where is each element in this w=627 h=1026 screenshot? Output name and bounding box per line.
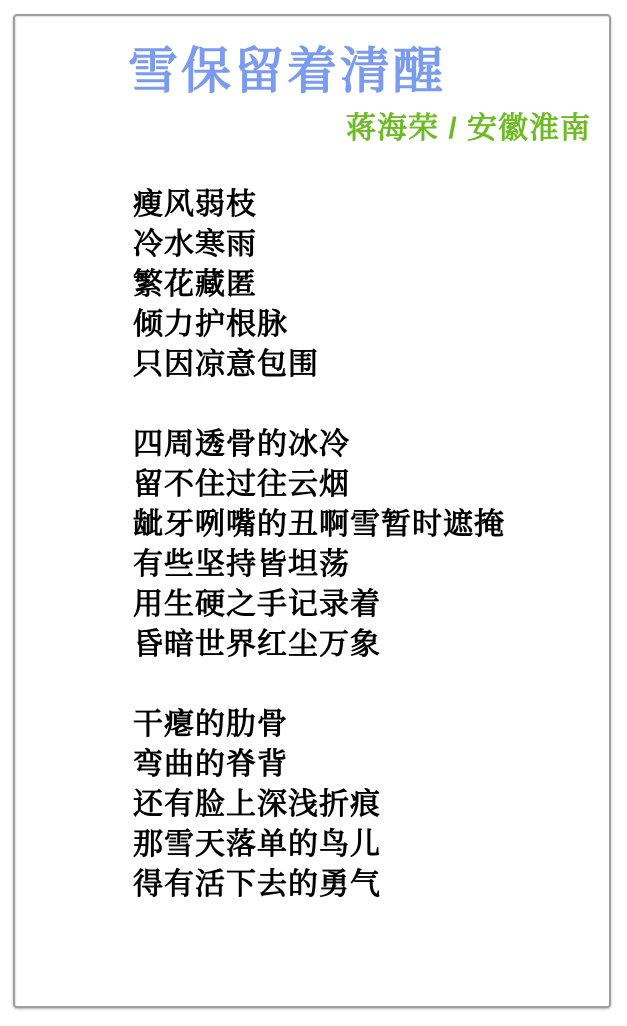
- stanza-2: 四周透骨的冰冷 留不住过往云烟 龇牙咧嘴的丑啊雪暂时遮掩 有些坚持皆坦荡 用生硬…: [133, 425, 505, 665]
- poem-line: 留不住过往云烟: [133, 465, 505, 505]
- poem-line: 弯曲的脊背: [133, 745, 505, 785]
- poem-line: 只因凉意包围: [133, 345, 505, 385]
- poem-page-frame: 雪保留着清醒 蒋海荣 / 安徽淮南 瘦风弱枝 冷水寒雨 繁花藏匿 倾力护根脉 只…: [13, 14, 611, 1008]
- poem-line: 干瘪的肋骨: [133, 705, 505, 745]
- poem-byline: 蒋海荣 / 安徽淮南: [346, 114, 591, 144]
- poem-line: 倾力护根脉: [133, 305, 505, 345]
- poem-line: 昏暗世界红尘万象: [133, 625, 505, 665]
- poem-line: 瘦风弱枝: [133, 185, 505, 225]
- poem-line: 那雪天落单的鸟儿: [133, 825, 505, 865]
- poem-line: 冷水寒雨: [133, 225, 505, 265]
- poem-line: 得有活下去的勇气: [133, 865, 505, 905]
- poem-line: 用生硬之手记录着: [133, 585, 505, 625]
- poem-line: 还有脸上深浅折痕: [133, 785, 505, 825]
- poem-line: 繁花藏匿: [133, 265, 505, 305]
- stanza-1: 瘦风弱枝 冷水寒雨 繁花藏匿 倾力护根脉 只因凉意包围: [133, 185, 505, 385]
- poem-title: 雪保留着清醒: [128, 46, 446, 96]
- stanza-3: 干瘪的肋骨 弯曲的脊背 还有脸上深浅折痕 那雪天落单的鸟儿 得有活下去的勇气: [133, 705, 505, 905]
- poem-line: 龇牙咧嘴的丑啊雪暂时遮掩: [133, 505, 505, 545]
- poem-line: 四周透骨的冰冷: [133, 425, 505, 465]
- poem-line: 有些坚持皆坦荡: [133, 545, 505, 585]
- poem-body: 瘦风弱枝 冷水寒雨 繁花藏匿 倾力护根脉 只因凉意包围 四周透骨的冰冷 留不住过…: [133, 185, 505, 905]
